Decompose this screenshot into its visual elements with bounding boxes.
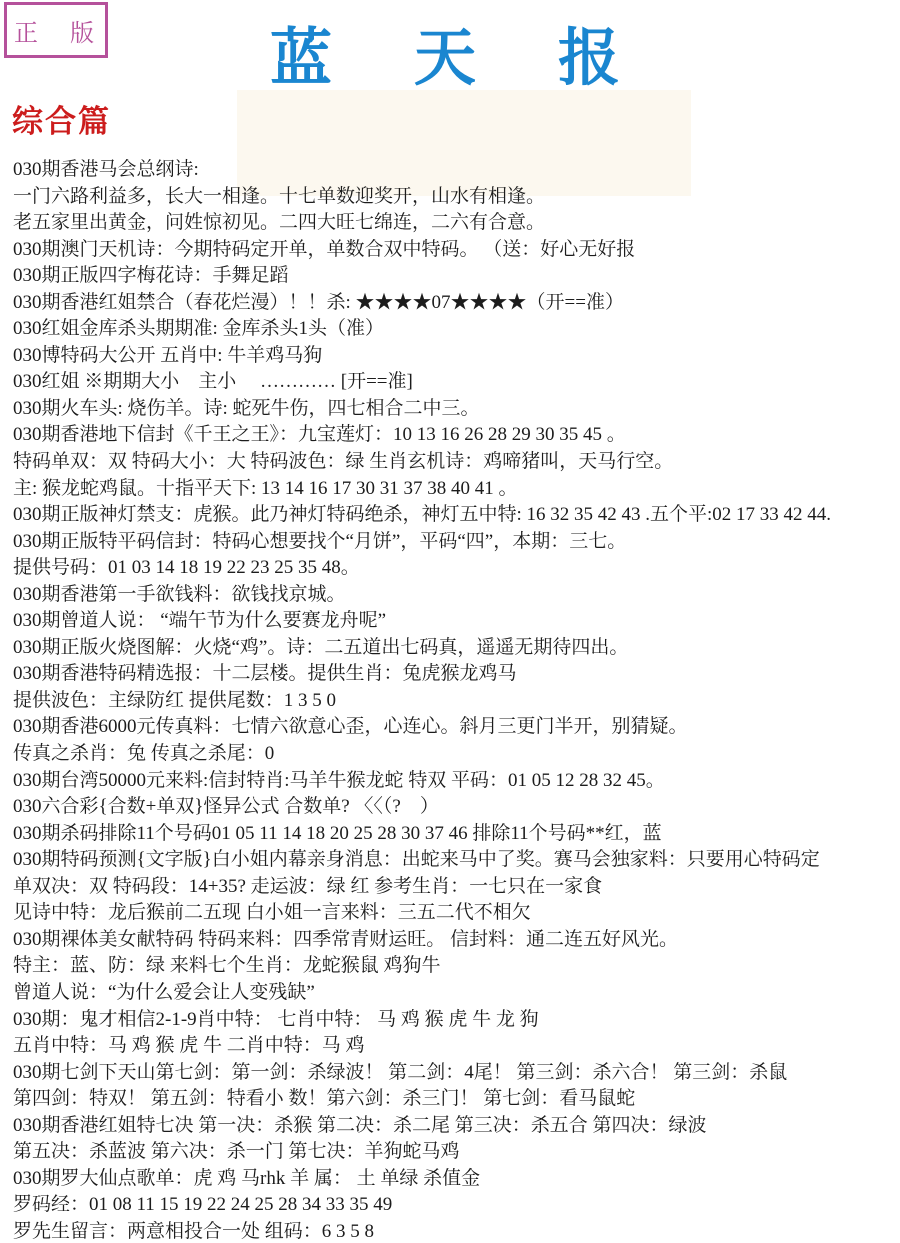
text-line: 传真之杀肖：兔 传真之杀尾：0 (13, 741, 899, 768)
text-line: 提供号码：01 03 14 18 19 22 23 25 35 48。 (13, 555, 899, 582)
text-line: 见诗中特：龙后猴前二五现 白小姐一言来料：三五二代不相欠 (13, 900, 899, 927)
text-line: 第四剑：特双！ 第五剑：特看小 数！第六剑：杀三门！ 第七剑：看马鼠蛇 (13, 1086, 899, 1113)
text-line: 030期香港第一手欲钱料：欲钱找京城。 (13, 582, 899, 609)
text-line: 030期火车头: 烧伤羊。诗: 蛇死牛伤，四七相合二中三。 (13, 396, 899, 423)
text-line: 030期：鬼才相信2-1-9肖中特： 七肖中特： 马 鸡 猴 虎 牛 龙 狗 (13, 1007, 899, 1034)
text-line: 030红姐 ※期期大小 主小 ………… [开==准] (13, 369, 899, 396)
text-line: 030期香港地下信封《千王之王》：九宝莲灯：10 13 16 26 28 29 … (13, 422, 899, 449)
text-line: 单双决：双 特码段：14+35? 走运波：绿 红 参考生肖：一七只在一家食 (13, 874, 899, 901)
text-line: 030期正版神灯禁支：虎猴。此乃神灯特码绝杀，神灯五中特: 16 32 35 4… (13, 502, 899, 529)
text-line: 030期澳门天机诗：今期特码定开单，单数合双中特码。 （送：好心无好报 (13, 237, 899, 264)
text-line: 030期香港特码精选报：十二层楼。提供生肖：兔虎猴龙鸡马 (13, 661, 899, 688)
text-line: 五肖中特：马 鸡 猴 虎 牛 二肖中特：马 鸡 (13, 1033, 899, 1060)
text-line: 030期正版火烧图解：火烧“鸡”。诗：二五道出七码真，遥遥无期待四出。 (13, 635, 899, 662)
content-lines: 030期香港马会总纲诗:一门六路利益多，长大一相逢。十七单数迎奖开，山水有相逢。… (13, 157, 899, 1243)
text-line: 030期正版特平码信封：特码心想要找个“月饼”，平码“四”，本期：三七。 (13, 529, 899, 556)
text-line: 030红姐金库杀头期期准: 金库杀头1头（准） (13, 316, 899, 343)
text-line: 曾道人说：“为什么爱会让人变残缺” (13, 980, 899, 1007)
text-line: 第五决：杀蓝波 第六决：杀一门 第七决：羊狗蛇马鸡 (13, 1139, 899, 1166)
text-line: 提供波色：主绿防红 提供尾数：1 3 5 0 (13, 688, 899, 715)
text-line: 030期特码预测{文字版}白小姐内幕亲身消息：出蛇来马中了奖。赛马会独家料：只要… (13, 847, 899, 874)
text-line: 030期香港马会总纲诗: (13, 157, 899, 184)
text-line: 罗先生留言：两意相投合一处 组码：6 3 5 8 (13, 1219, 899, 1243)
text-line: 030期罗大仙点歌单：虎 鸡 马rhk 羊 属： 土 单绿 杀值金 (13, 1166, 899, 1193)
text-line: 030期裸体美女献特码 特码来料：四季常青财运旺。 信封料：通二连五好风光。 (13, 927, 899, 954)
newspaper-title: 蓝 天 报 (0, 8, 900, 97)
text-line: 030期杀码排除11个号码01 05 11 14 18 20 25 28 30 … (13, 821, 899, 848)
text-line: 罗码经：01 08 11 15 19 22 24 25 28 34 33 35 … (13, 1192, 899, 1219)
text-line: 特码单双：双 特码大小：大 特码波色：绿 生肖玄机诗：鸡啼猪叫，天马行空。 (13, 449, 899, 476)
text-line: 030期香港红姐禁合（春花烂漫）！！杀: ★★★★07★★★★（开==准） (13, 290, 899, 317)
text-line: 030期香港6000元传真料：七情六欲意心歪，心连心。斜月三更门半开，别猜疑。 (13, 714, 899, 741)
text-line: 030六合彩{合数+单双}怪异公式 合数单? 〈〈（? ） (13, 794, 899, 821)
text-line: 特主：蓝、防：绿 来料七个生肖：龙蛇猴鼠 鸡狗牛 (13, 953, 899, 980)
blue-sky-report-page: { "colors": { "title_blue": "#1a86d0", "… (0, 0, 900, 1243)
text-line: 030博特码大公开 五肖中: 牛羊鸡马狗 (13, 343, 899, 370)
text-line: 老五家里出黄金，问姓惊初见。二四大旺七绵连，二六有合意。 (13, 210, 899, 237)
text-line: 030期曾道人说： “端午节为什么要赛龙舟呢” (13, 608, 899, 635)
text-line: 030期七剑下天山第七剑：第一剑：杀绿波！ 第二剑：4尾！ 第三剑：杀六合！ 第… (13, 1060, 899, 1087)
text-line: 030期台湾50000元来料:信封特肖:马羊牛猴龙蛇 特双 平码：01 05 1… (13, 768, 899, 795)
text-line: 一门六路利益多，长大一相逢。十七单数迎奖开，山水有相逢。 (13, 184, 899, 211)
text-line: 030期正版四字梅花诗：手舞足蹈 (13, 263, 899, 290)
section-title: 综合篇 (12, 96, 111, 141)
text-line: 030期香港红姐特七决 第一决：杀猴 第二决：杀二尾 第三决：杀五合 第四决：绿… (13, 1113, 899, 1140)
text-line: 主: 猴龙蛇鸡鼠。十指平天下: 13 14 16 17 30 31 37 38 … (13, 476, 899, 503)
